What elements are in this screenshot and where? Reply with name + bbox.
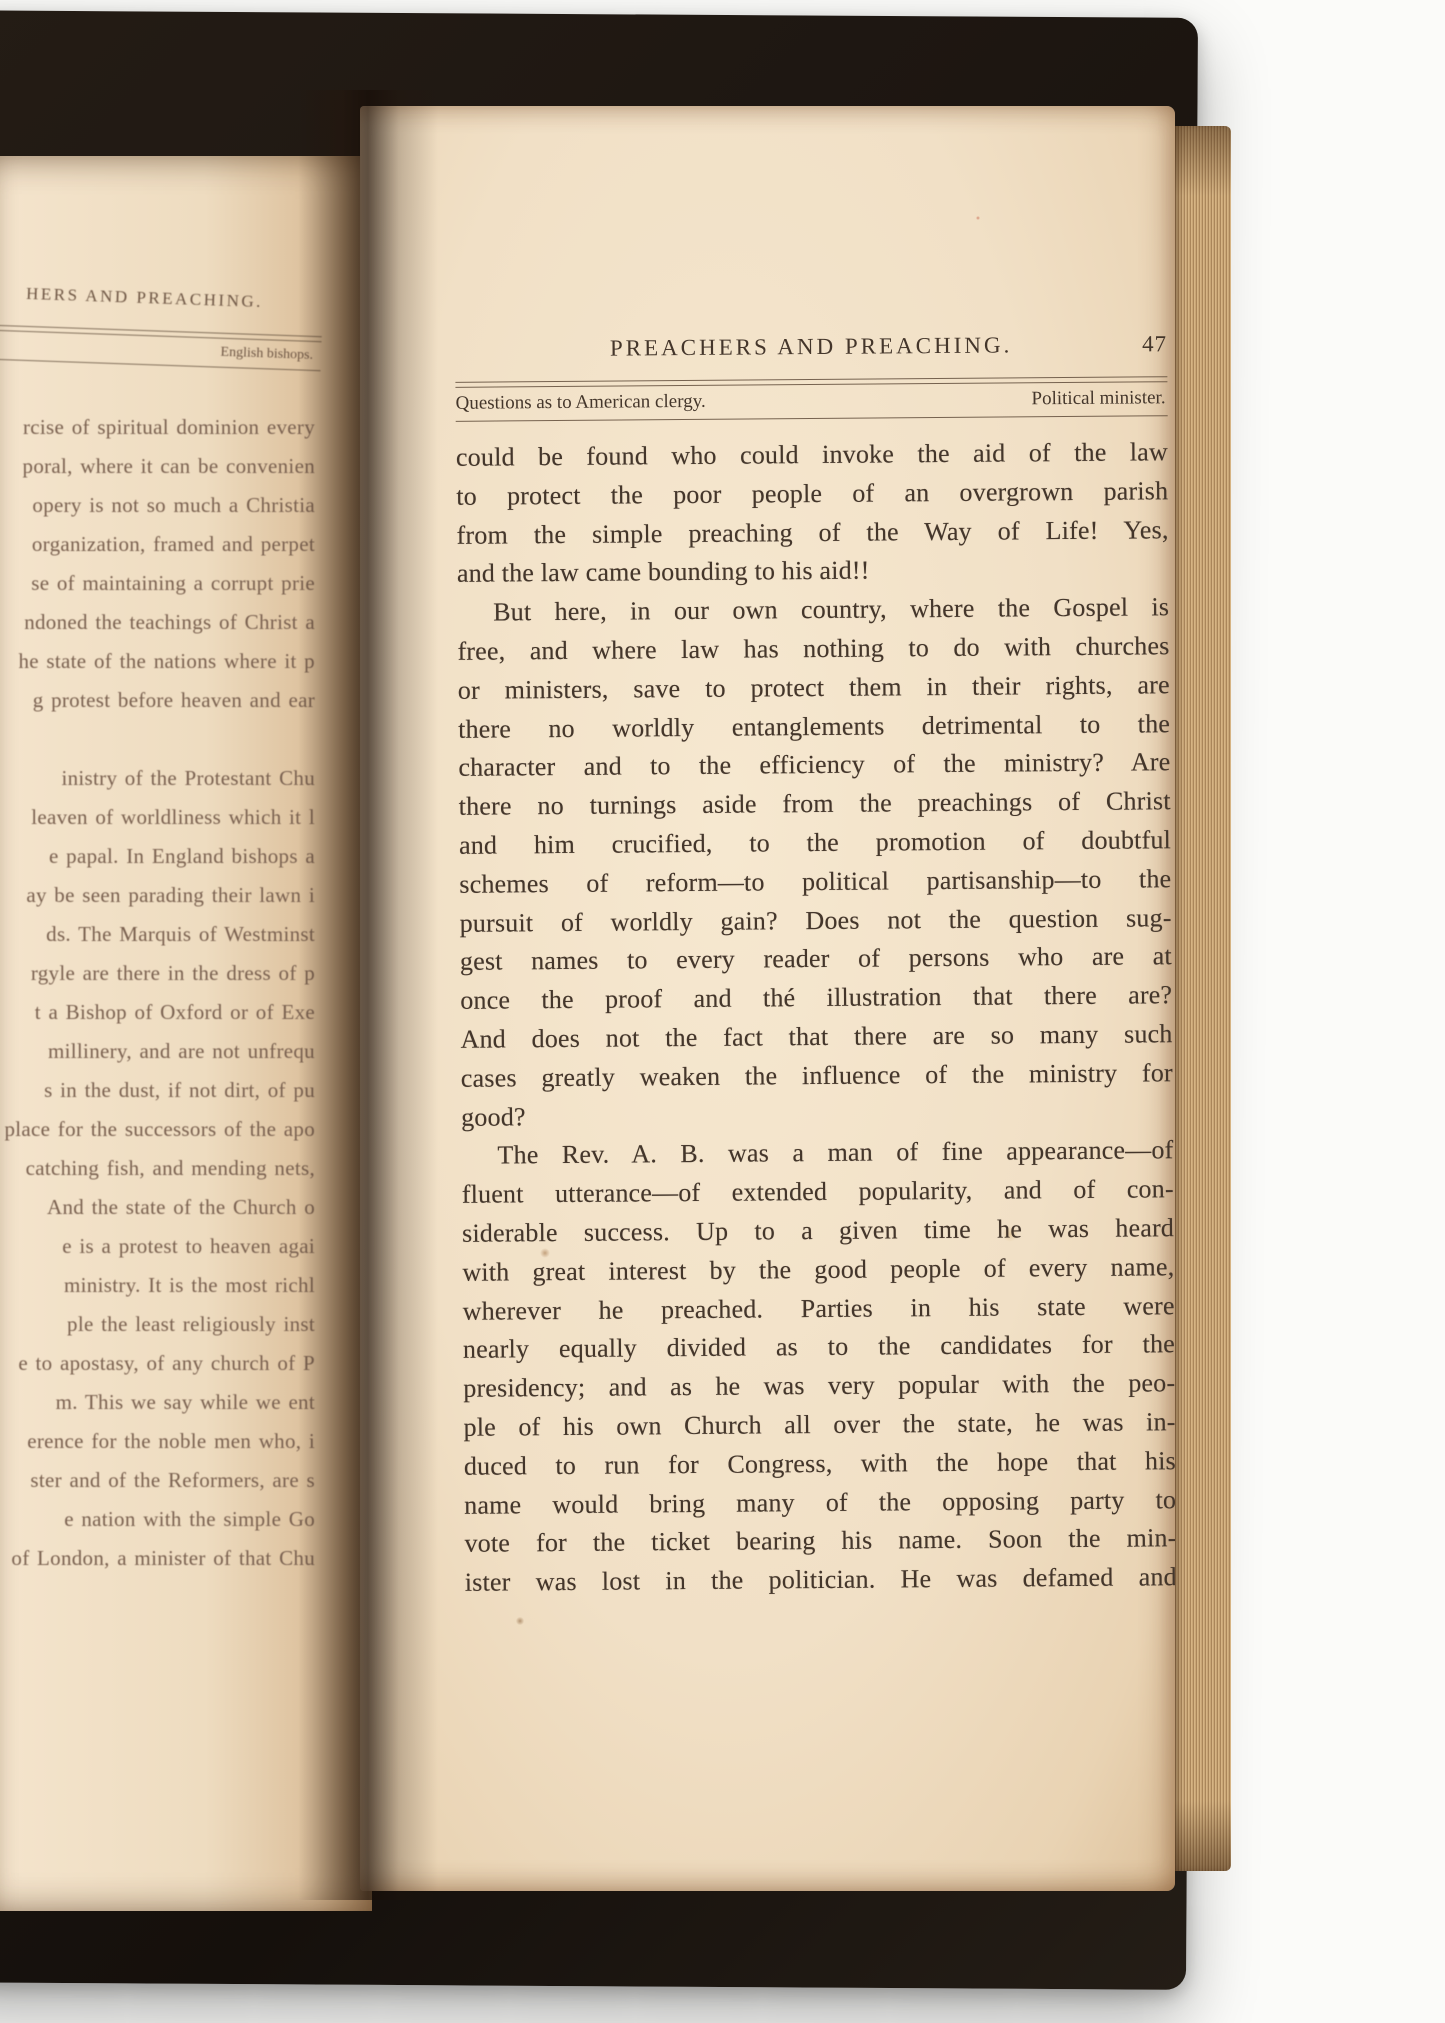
page-edges xyxy=(1175,126,1231,1871)
running-head: PREACHERS AND PREACHING. xyxy=(455,331,1167,363)
left-text-line: inistry of the Protestant Chu xyxy=(0,759,315,798)
left-text-line: ster and of the Reformers, are s xyxy=(0,1461,315,1500)
body-text-line: character and to the efficiency of the m… xyxy=(458,744,1170,788)
photo-background: HERS AND PREACHING. English bishops. rci… xyxy=(0,0,1445,2023)
left-text-line: he state of the nations where it p xyxy=(0,642,315,681)
body-text-line: nearly equally divided as to the candida… xyxy=(463,1326,1175,1370)
left-text-line: place for the successors of the apo xyxy=(0,1110,315,1149)
left-text-line: m. This we say while we ent xyxy=(0,1383,315,1422)
side-note-right: Political minister. xyxy=(1031,387,1165,410)
body-text-line: wherever he preached. Parties in his sta… xyxy=(463,1287,1175,1331)
body-text-line: ple of his own Church all over the state… xyxy=(463,1403,1175,1447)
body-text-line: free, and where law has nothing to do wi… xyxy=(457,627,1169,671)
left-text-line: And the state of the Church o xyxy=(0,1188,315,1227)
body-text-line: there no turnings aside from the preachi… xyxy=(459,782,1171,826)
left-text-line: catching fish, and mending nets, xyxy=(0,1149,315,1188)
left-text-line: s in the dust, if not dirt, of pu xyxy=(0,1071,315,1110)
left-text-line: poral, where it can be convenien xyxy=(0,447,315,486)
left-text-line: erence for the noble men who, i xyxy=(0,1422,315,1461)
body-text-line: and the law came bounding to his aid!! xyxy=(457,550,1169,594)
body-text-line: The Rev. A. B. was a man of fine appeara… xyxy=(461,1132,1173,1176)
body-text-line: with great interest by the good people o… xyxy=(462,1248,1174,1292)
body-text-line: presidency; and as he was very popular w… xyxy=(463,1364,1175,1408)
left-text-line: e papal. In England bishops a xyxy=(0,837,315,876)
running-head-row: PREACHERS AND PREACHING. 47 xyxy=(455,331,1167,367)
body-text-line: pursuit of worldly gain? Does not the qu… xyxy=(459,899,1171,943)
body-text-line: gest names to every reader of persons wh… xyxy=(460,938,1172,982)
body-text-line: fluent utterance—of extended popularity,… xyxy=(462,1170,1174,1214)
body-text-line: But here, in our own country, where the … xyxy=(457,588,1169,632)
left-text-line: ds. The Marquis of Westminst xyxy=(0,915,315,954)
left-text-line: millinery, and are not unfrequ xyxy=(0,1032,315,1071)
right-page-content: PREACHERS AND PREACHING. 47 Questions as… xyxy=(455,331,1177,1602)
left-running-head: HERS AND PREACHING. xyxy=(0,278,323,314)
page-number: 47 xyxy=(1142,331,1167,357)
body-text-line: or ministers, save to protect them in th… xyxy=(458,666,1170,710)
left-text-line: ay be seen parading their lawn i xyxy=(0,876,315,915)
body-text-line: duced to run for Congress, with the hope… xyxy=(464,1442,1176,1486)
body-text-line: good? xyxy=(461,1093,1173,1137)
left-text-line: e nation with the simple Go xyxy=(0,1500,315,1539)
body-text-line: ister was lost in the politician. He was… xyxy=(465,1558,1177,1602)
left-text-line: ple the least religiously inst xyxy=(0,1305,315,1344)
left-text-line: organization, framed and perpet xyxy=(0,525,315,564)
left-page-head-area: HERS AND PREACHING. English bishops. xyxy=(0,278,323,371)
body-text-line: there no worldly entanglements detriment… xyxy=(458,705,1170,749)
body-text-line: and him crucified, to the promotion of d… xyxy=(459,821,1171,865)
left-page-text: rcise of spiritual dominion everyporal, … xyxy=(0,408,315,1578)
left-text-line: e is a protest to heaven agai xyxy=(0,1227,315,1266)
left-text-line: rcise of spiritual dominion every xyxy=(0,408,315,447)
side-note-left: Questions as to American clergy. xyxy=(455,391,705,415)
left-text-line: t a Bishop of Oxford or of Exe xyxy=(0,993,315,1032)
left-text-line: se of maintaining a corrupt prie xyxy=(0,564,315,603)
side-note-row: Questions as to American clergy. Politic… xyxy=(455,382,1167,419)
left-side-note: English bishops. xyxy=(0,326,322,368)
body-text-line: to protect the poor people of an overgro… xyxy=(456,472,1168,516)
body-text-line: could be found who could invoke the aid … xyxy=(456,433,1168,477)
body-text-line: once the proof and thé illustration that… xyxy=(460,976,1172,1020)
body-text-line: And does not the fact that there are so … xyxy=(460,1015,1172,1059)
left-text-line: opery is not so much a Christia xyxy=(0,486,315,525)
left-text-line: rgyle are there in the dress of p xyxy=(0,954,315,993)
left-text-line: leaven of worldliness which it l xyxy=(0,798,315,837)
left-text-line: ministry. It is the most richl xyxy=(0,1266,315,1305)
left-page: HERS AND PREACHING. English bishops. rci… xyxy=(0,156,372,1911)
left-text-line: g protest before heaven and ear xyxy=(0,681,315,720)
body-text-line: name would bring many of the opposing pa… xyxy=(464,1481,1176,1525)
left-text-line: of London, a minister of that Chu xyxy=(0,1539,315,1578)
left-text-line: ndoned the teachings of Christ a xyxy=(0,603,315,642)
body-text-line: siderable success. Up to a given time he… xyxy=(462,1209,1174,1253)
left-text-line xyxy=(0,720,315,759)
right-page: PREACHERS AND PREACHING. 47 Questions as… xyxy=(360,106,1175,1891)
body-text-line: schemes of reform—to political partisans… xyxy=(459,860,1171,904)
body-text-line: from the simple preaching of the Way of … xyxy=(456,511,1168,555)
body-text-line: vote for the ticket bearing his name. So… xyxy=(464,1519,1176,1563)
body-text-line: cases greatly weaken the influence of th… xyxy=(461,1054,1173,1098)
left-text-line: e to apostasy, of any church of P xyxy=(0,1344,315,1383)
body-text: could be found who could invoke the aid … xyxy=(456,433,1177,1602)
